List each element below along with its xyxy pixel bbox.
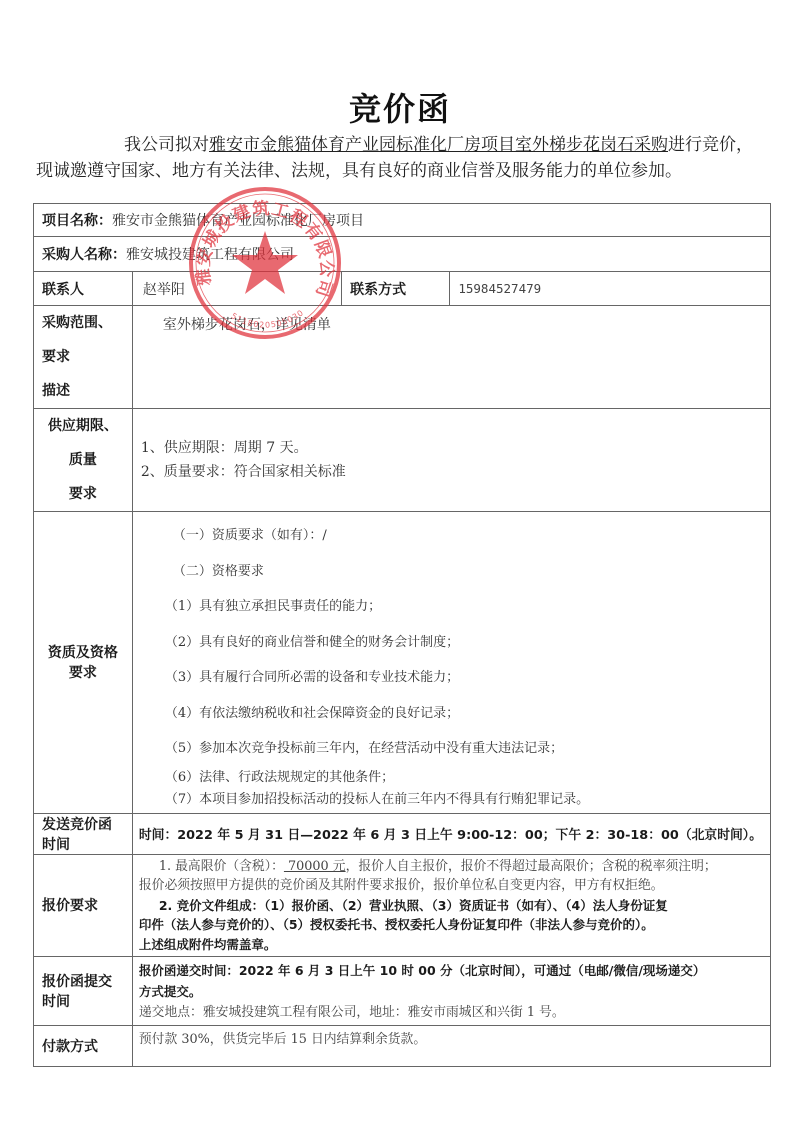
row-purchaser: 采购人名称：雅安城投建筑工程有限公司 — [34, 237, 771, 272]
purchaser-value: 雅安城投建筑工程有限公司 — [126, 247, 294, 263]
qualification-item: （3）具有履行合同所必需的设备和专业技术能力； — [133, 660, 770, 696]
row-scope: 采购范围、要求 描述 室外梯步花岗石，详见清单 — [34, 306, 771, 409]
send-time-value: 时间：2022 年 5 月 31 日—2022 年 6 月 3 日上午 9:00… — [132, 813, 770, 854]
qualification-item: （5）参加本次竞争投标前三年内，在经营活动中没有重大违法记录； — [133, 731, 770, 767]
qualification-label: 资质及资格要求 — [34, 512, 133, 814]
supply-label-line2: 要求 — [42, 477, 124, 511]
scope-value: 室外梯步花岗石，详见清单 — [132, 306, 770, 409]
row-submit-time: 报价函提交时间 报价函递交时间：2022 年 6 月 3 日上午 10 时 00… — [34, 957, 771, 1026]
qualification-item: （一）资质要求（如有）：/ — [133, 518, 770, 554]
supply-value: 1、供应期限：周期 7 天。 2、质量要求：符合国家相关标准 — [132, 409, 770, 512]
supply-item-period: 1、供应期限：周期 7 天。 — [141, 436, 762, 460]
bid-info-table: 项目名称：雅安市金熊猫体育产业园标准化厂房项目 采购人名称：雅安城投建筑工程有限… — [33, 203, 771, 1067]
contact-label: 联系人 — [34, 272, 133, 306]
qualification-item: （2）具有良好的商业信誉和健全的财务会计制度； — [133, 625, 770, 661]
project-name-value: 雅安市金熊猫体育产业园标准化厂房项目 — [112, 213, 364, 229]
contact-method-label: 联系方式 — [342, 272, 450, 306]
payment-label: 付款方式 — [34, 1026, 133, 1067]
supply-item-quality: 2、质量要求：符合国家相关标准 — [141, 460, 762, 484]
qualification-item: （6）法律、行政法规规定的其他条件； — [133, 767, 770, 789]
document-title: 竞价函 — [0, 84, 800, 130]
submit-time-line2: 方式提交。 — [139, 981, 766, 1002]
scope-label: 采购范围、要求 描述 — [34, 306, 133, 409]
purchaser-label: 采购人名称： — [42, 247, 126, 263]
max-price-label: 1. 最高限价（含税）： — [159, 859, 284, 874]
intro-suffix: 进行竞价， — [668, 135, 753, 155]
scope-label-line1: 采购范围、要求 — [42, 306, 124, 374]
quote-req-label: 报价要求 — [34, 854, 133, 957]
quote-req-item1-line2: 报价必须按照甲方提供的竞价函及其附件要求报价，报价单位私自变更内容，甲方有权拒绝… — [139, 876, 766, 896]
contact-name: 赵举阳 — [132, 272, 341, 306]
submit-address: 递交地点：雅安城投建筑工程有限公司，地址：雅安市雨城区和兴街 1 号。 — [139, 1002, 766, 1023]
qualification-item: （1）具有独立承担民事责任的能力； — [133, 589, 770, 625]
submit-time-label: 报价函提交时间 — [34, 957, 133, 1026]
row-supply: 供应期限、质量 要求 1、供应期限：周期 7 天。 2、质量要求：符合国家相关标… — [34, 409, 771, 512]
row-contact: 联系人 赵举阳 联系方式 15984527479 — [34, 272, 771, 306]
qualification-item: （7）本项目参加招投标活动的投标人在前三年内不得具有行贿犯罪记录。 — [133, 789, 770, 811]
project-name-label: 项目名称： — [42, 213, 112, 229]
quote-req-item2-line2: 印件（法人参与竞价的）、（5）授权委托书、授权委托人身份证复印件（非法人参与竞价… — [139, 915, 766, 935]
supply-label: 供应期限、质量 要求 — [34, 409, 133, 512]
row-send-time: 发送竞价函时间 时间：2022 年 5 月 31 日—2022 年 6 月 3 … — [34, 813, 771, 854]
row-qualification: 资质及资格要求 （一）资质要求（如有）：/ （二）资格要求 （1）具有独立承担民… — [34, 512, 771, 814]
supply-label-line1: 供应期限、质量 — [42, 409, 124, 477]
qualification-item: （二）资格要求 — [133, 554, 770, 590]
payment-value: 预付款 30%，供货完毕后 15 日内结算剩余货款。 — [132, 1026, 770, 1067]
quote-req-item2-line1: 2. 竞价文件组成：（1）报价函、（2）营业执照、（3）资质证书（如有）、（4）… — [139, 896, 766, 916]
quote-req-item2-line3: 上述组成附件均需盖章。 — [139, 935, 766, 955]
send-time-label: 发送竞价函时间 — [34, 813, 133, 854]
intro-line-2: 现诚邀遵守国家、地方有关法律、法规，具有良好的商业信誉及服务能力的单位参加。 — [36, 158, 788, 184]
quote-req-item1-suffix: ，报价人自主报价，报价不得超过最高限价；含税的税率须注明； — [346, 859, 717, 874]
contact-phone: 15984527479 — [450, 272, 771, 306]
row-project-name: 项目名称：雅安市金熊猫体育产业园标准化厂房项目 — [34, 204, 771, 237]
intro-prefix: 我公司拟对 — [124, 135, 209, 155]
max-price-amount: 70000 元 — [284, 859, 346, 874]
row-quote-requirements: 报价要求 1. 最高限价（含税）： 70000 元，报价人自主报价，报价不得超过… — [34, 854, 771, 957]
scope-label-line2: 描述 — [42, 374, 124, 408]
quote-req-item1: 1. 最高限价（含税）： 70000 元，报价人自主报价，报价不得超过最高限价；… — [139, 857, 766, 877]
submit-time-line1: 报价函递交时间：2022 年 6 月 3 日上午 10 时 00 分（北京时间）… — [139, 960, 766, 981]
qualification-item: （4）有依法缴纳税收和社会保障资金的良好记录； — [133, 696, 770, 732]
submit-time-value: 报价函递交时间：2022 年 6 月 3 日上午 10 时 00 分（北京时间）… — [132, 957, 770, 1026]
quote-req-value: 1. 最高限价（含税）： 70000 元，报价人自主报价，报价不得超过最高限价；… — [132, 854, 770, 957]
row-payment: 付款方式 预付款 30%，供货完毕后 15 日内结算剩余货款。 — [34, 1026, 771, 1067]
intro-project-underlined: 雅安市金熊猫体育产业园标准化厂房项目室外梯步花岗石采购 — [209, 135, 668, 155]
intro-line-1: 我公司拟对雅安市金熊猫体育产业园标准化厂房项目室外梯步花岗石采购进行竞价， — [36, 132, 788, 158]
qualification-list: （一）资质要求（如有）：/ （二）资格要求 （1）具有独立承担民事责任的能力； … — [132, 512, 770, 814]
intro-paragraph: 我公司拟对雅安市金熊猫体育产业园标准化厂房项目室外梯步花岗石采购进行竞价， 现诚… — [88, 132, 788, 184]
